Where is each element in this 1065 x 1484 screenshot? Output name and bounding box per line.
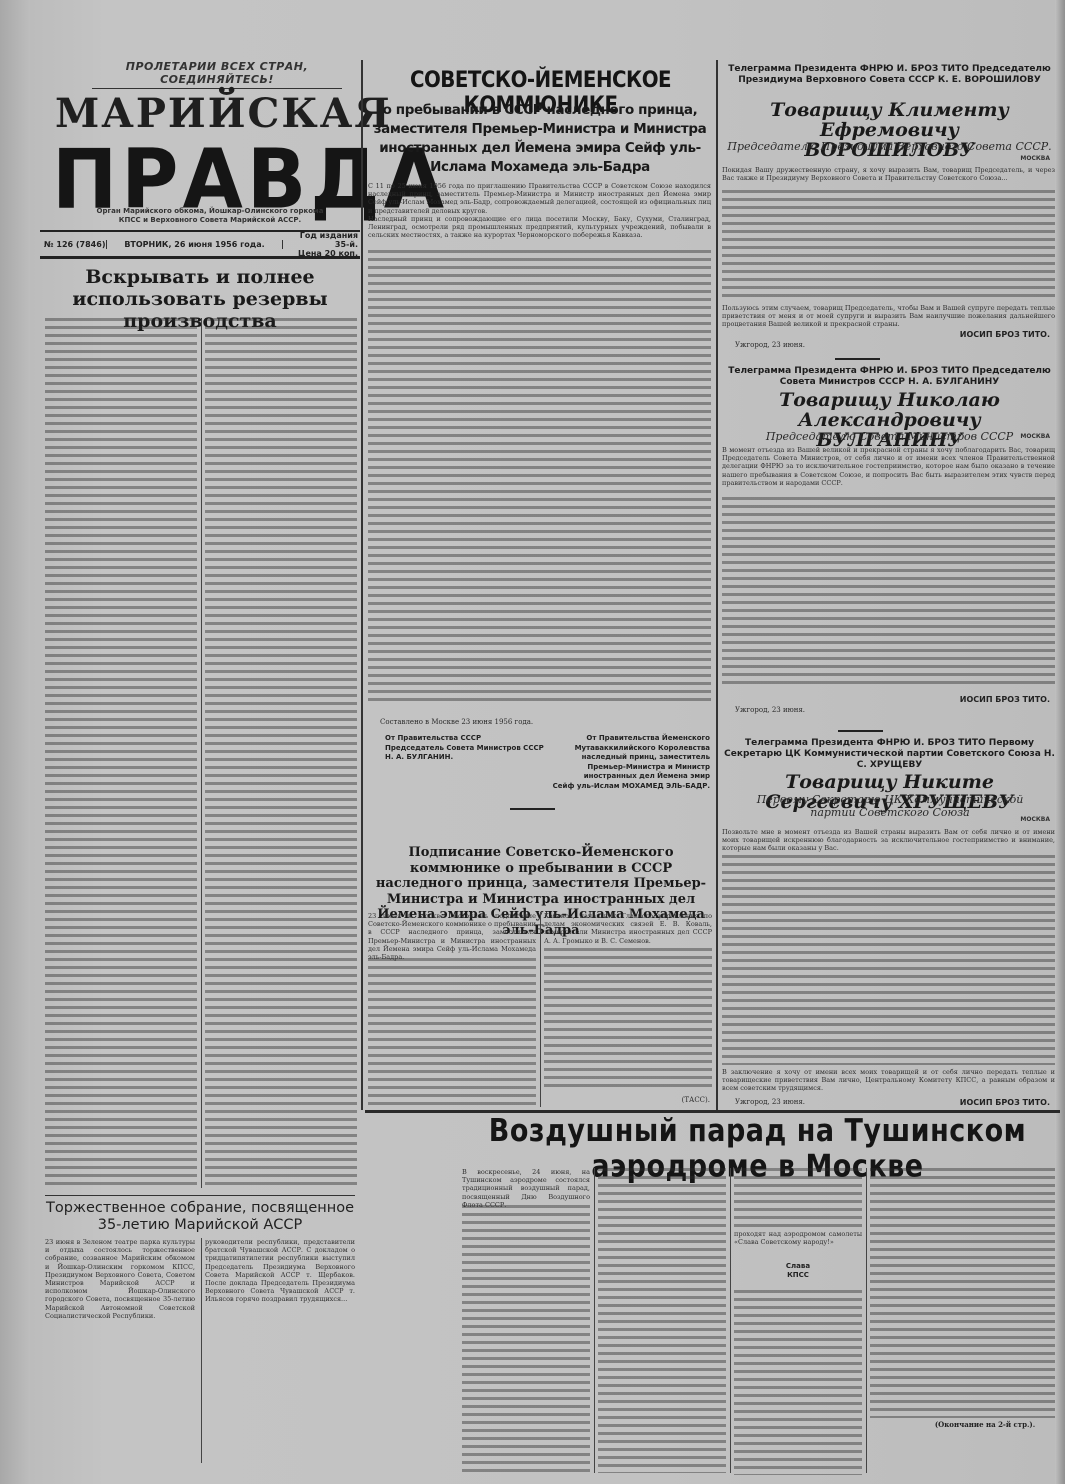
column-rule [201,1238,202,1463]
telegram1-body-lead: Покидая Вашу дружественную страну, я хоч… [722,166,1055,182]
telegram2-city: МОСКВА [960,433,1050,440]
air-parade-quote: проходят над аэродромом самолеты «Слава … [734,1230,862,1246]
short-divider [835,358,880,360]
communique-para: Наследный принц и сопровождающие его лиц… [368,215,711,240]
short-divider [510,808,555,810]
column-rule [594,1168,595,1473]
masthead-title-line1: МАРИЙСКАЯ [55,90,345,137]
air-parade-body-col3a [734,1168,862,1228]
signer-right-line3: наследный принц, заместитель [520,753,710,763]
air-parade-lead: В воскресенье, 24 июня, на Тушинском аэр… [462,1168,590,1209]
column-rule [361,60,363,1110]
signing-body-col1 [368,958,536,1106]
issue-price-block: Год издания 35-й. Цена 20 коп. [283,231,360,258]
telegram1-addressee-line1: Товарищу Клименту Ефремовичу [722,100,1057,140]
year-of-publication: Год издания 35-й. [300,231,358,249]
communique-lead: С 11 по 25 июня 1956 года по приглашению… [368,182,711,215]
telegram1-date: Ужгород, 23 июня. [735,341,855,349]
telegram1-body [722,190,1055,302]
column-rule [730,1168,731,1473]
editorial-body-col1 [45,318,197,1188]
slogan-line2: КПСС [734,1271,862,1280]
signing-lead-col1: 23 июня в Москве состоялось подписание С… [368,912,536,961]
communique-signer-right: От Правительства Йеменского Мутаваккилий… [520,734,710,791]
editorial-body-col2 [205,318,357,1188]
communique-body [368,250,711,705]
telegram1-header: Телеграмма Президента ФНРЮ И. БРОЗ ТИТО … [722,64,1057,86]
meeting-body-col2: руководители республики, представители б… [205,1238,355,1463]
telegram2-body [722,497,1055,687]
telegram1-position: Председателю Президиума Верховного Совет… [722,140,1057,153]
column-rule [201,318,202,1188]
telegram3-body [722,855,1055,1065]
telegram2-date: Ужгород, 23 июня. [735,706,855,714]
masthead-organ: Орган Марийского обкома, Йошкар-Олинског… [95,207,325,225]
section-divider [45,1195,355,1196]
air-parade-body-col2 [598,1168,726,1473]
signing-lead-col2: Кабанов, начальник Главного управления п… [544,912,712,945]
newspaper-page: ПРОЛЕТАРИИ ВСЕХ СТРАН, СОЕДИНЯЙТЕСЬ! МАР… [0,0,1065,1484]
telegram2-header: Телеграмма Президента ФНРЮ И. БРОЗ ТИТО … [722,366,1057,388]
masthead-motto: ПРОЛЕТАРИИ ВСЕХ СТРАН, СОЕДИНЯЙТЕСЬ! [92,60,342,89]
air-parade-body-col4 [870,1168,1055,1418]
telegram1-city: МОСКВА [960,155,1050,162]
telegram3-body-lead: Позвольте мне в момент отъезда из Вашей … [722,828,1055,853]
telegram3-date: Ужгород, 23 июня. [735,1098,855,1106]
meeting-body-col1: 23 июня в Зеленом театре парка культуры … [45,1238,195,1463]
signer-right-line4: Премьер-Министра и Министр [520,763,710,773]
signer-right-line5: иностранных дел Йемена эмир [520,772,710,782]
telegram3-city: МОСКВА [960,816,1050,823]
signer-right-line6: Сейф уль-Ислам МОХАМЕД ЭЛЬ-БАДР. [520,782,710,792]
communique-subheadline: о пребывании в СССР наследного принца, з… [362,101,718,177]
signing-credit: (ТАСС). [660,1096,710,1105]
signer-right-line1: От Правительства Йеменского [520,734,710,744]
air-parade-slogan: Слава КПСС [734,1262,862,1280]
price: Цена 20 коп. [298,249,358,258]
issue-info-bar: № 126 (7846) ВТОРНИК, 26 июня 1956 года.… [40,230,360,259]
telegram1-closing: Пользуюсь этим случаем, товарищ Председа… [722,304,1055,329]
meeting-headline: Торжественное собрание, посвященное 35-л… [45,1200,355,1234]
continuation-note: (Окончание на 2-й стр.). [920,1420,1050,1429]
issue-number: № 126 (7846) [40,240,107,249]
slogan-line1: Слава [734,1262,862,1271]
telegram1-signer: ИОСИП БРОЗ ТИТО. [900,330,1050,339]
telegram3-header: Телеграмма Президента ФНРЮ И. БРОЗ ТИТО … [722,738,1057,771]
signing-body-col2 [544,948,712,1088]
telegram2-body-lead: В момент отъезда из Вашей великой и прек… [722,446,1055,487]
column-rule [540,912,541,1107]
column-rule [866,1168,867,1473]
telegram3-signer: ИОСИП БРОЗ ТИТО. [900,1098,1050,1107]
telegram3-closing: В заключение я хочу от имени всех моих т… [722,1068,1055,1093]
communique-signed-place: Составлено в Москве 23 июня 1956 года. [380,718,580,727]
issue-date: ВТОРНИК, 26 июня 1956 года. [107,240,283,249]
short-divider [838,730,883,732]
telegram2-signer: ИОСИП БРОЗ ТИТО. [900,695,1050,704]
binding-edge [0,0,30,1484]
telegram2-addressee-line1: Товарищу Николаю Александровичу [722,390,1057,430]
signer-right-line2: Мутаваккилийского Королевства [520,744,710,754]
column-rule [716,60,718,1110]
air-parade-body-col3b [734,1290,862,1475]
air-parade-body-col1 [462,1205,590,1475]
